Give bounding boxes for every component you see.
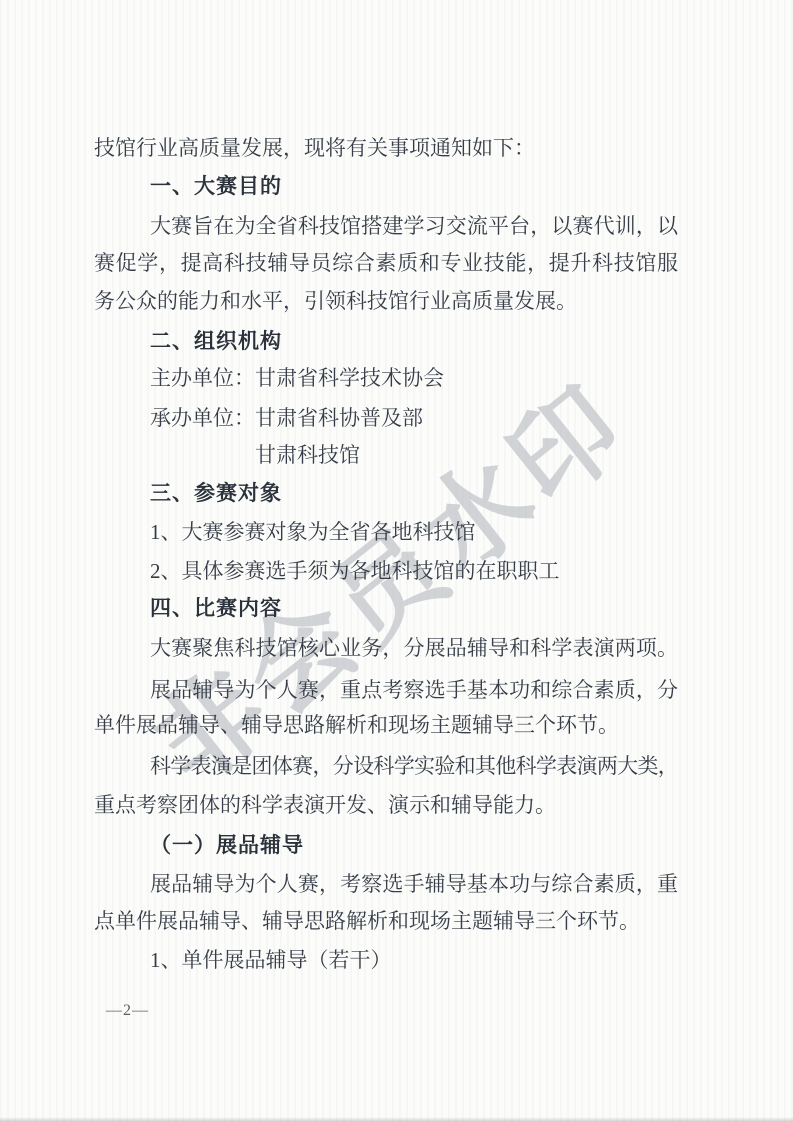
list-item-3: 1、单件展品辅导（若干） [150,946,678,974]
doc-line: 单件展品辅导、辅导思路解析和现场主题辅导三个环节。 [94,711,678,739]
scanned-notice-page: { "doc": { "watermark": "非会员水印", "page_n… [0,0,793,1122]
doc-line: 务公众的能力和水平，引领科技馆行业高质量发展。 [94,287,678,315]
undertaker-line-2: 甘肃科技馆 [255,441,678,469]
undertaker-line: 承办单位：甘肃省科协普及部 [150,404,678,432]
subsection-heading-1: （一）展品辅导 [150,832,678,860]
list-item-1: 1、大赛参赛对象为全省各地科技馆 [150,518,678,546]
doc-line: 大赛旨在为全省科技馆搭建学习交流平台，以赛代训，以 [150,212,678,240]
section-heading-2: 二、组织机构 [150,328,678,356]
doc-line: 展品辅导为个人赛，重点考察选手基本功和综合素质，分 [150,676,678,704]
doc-line: 展品辅导为个人赛，考察选手辅导基本功与综合素质，重 [150,870,678,898]
section-heading-4: 四、比赛内容 [150,595,678,623]
list-item-2: 2、具体参赛选手须为各地科技馆的在职职工 [150,557,678,585]
page-number: —2— [106,1002,149,1020]
organizer-line: 主办单位：甘肃省科学技术协会 [150,364,678,392]
section-heading-1: 一、大赛目的 [150,173,678,201]
doc-line: 点单件展品辅导、辅导思路解析和现场主题辅导三个环节。 [94,907,678,935]
doc-line: 重点考察团体的科学表演开发、演示和辅导能力。 [94,791,678,819]
scan-bottom-edge [0,1117,793,1122]
doc-line: 大赛聚焦科技馆核心业务，分展品辅导和科学表演两项。 [150,634,678,662]
doc-line: 赛促学，提高科技辅导员综合素质和专业技能，提升科技馆服 [94,249,678,277]
doc-line: 技馆行业高质量发展，现将有关事项通知如下： [94,134,678,162]
section-heading-3: 三、参赛对象 [150,480,678,508]
doc-line: 科学表演是团体赛，分设科学实验和其他科学表演两大类， [150,752,678,780]
